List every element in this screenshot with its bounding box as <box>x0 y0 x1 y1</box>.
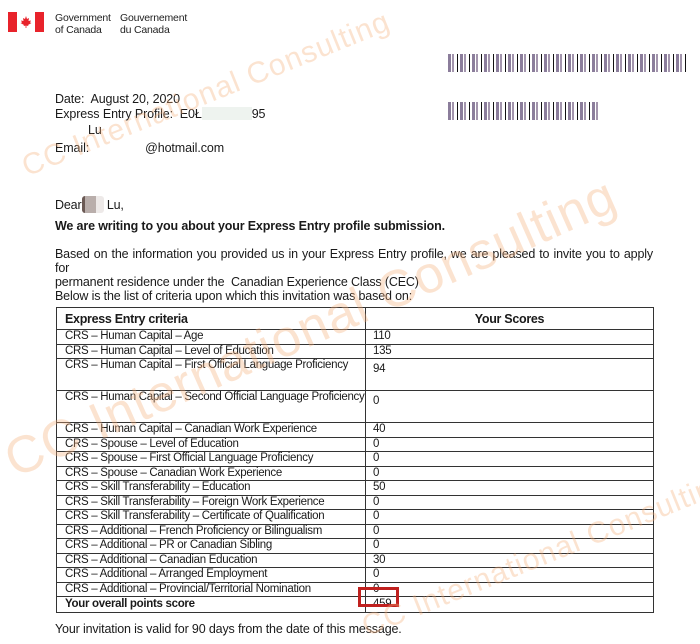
profile-label: Express Entry Profile: <box>55 107 173 121</box>
profile-number-suffix: 95 <box>252 107 266 121</box>
table-row: CRS – Skill Transferability – Foreign Wo… <box>57 495 654 510</box>
table-row: CRS – Human Capital – First Official Lan… <box>57 359 654 391</box>
total-label: Your overall points score <box>57 597 366 613</box>
score-cell: 40 <box>366 423 654 438</box>
profile-line: Express Entry Profile: E0Ł95 <box>55 107 265 122</box>
body-line-1: Based on the information you provided us… <box>55 247 653 275</box>
canada-flag-icon <box>8 12 44 32</box>
criteria-cell: CRS – Additional – Arranged Employment <box>57 568 366 583</box>
table-row: CRS – Additional – Canadian Education30 <box>57 553 654 568</box>
body-line-3: Below is the list of criteria upon which… <box>55 289 653 303</box>
criteria-cell: CRS – Additional – Canadian Education <box>57 553 366 568</box>
table-row: CRS – Spouse – First Official Language P… <box>57 452 654 467</box>
body-paragraph: Based on the information you provided us… <box>55 247 653 303</box>
table-row: CRS – Additional – Arranged Employment0 <box>57 568 654 583</box>
email-label: Email: <box>55 141 89 155</box>
criteria-cell: CRS – Spouse – Level of Education <box>57 437 366 452</box>
table-row: CRS – Additional – Provincial/Territoria… <box>57 582 654 597</box>
criteria-cell: CRS – Spouse – Canadian Work Experience <box>57 466 366 481</box>
table-row: CRS – Skill Transferability – Education5… <box>57 481 654 496</box>
criteria-cell: CRS – Human Capital – Second Official La… <box>57 391 366 423</box>
score-cell: 135 <box>366 344 654 359</box>
table-row: CRS – Additional – PR or Canadian Siblin… <box>57 539 654 554</box>
redacted-name <box>82 196 104 213</box>
score-cell: 0 <box>366 495 654 510</box>
criteria-cell: CRS – Skill Transferability – Certificat… <box>57 510 366 525</box>
table-row: CRS – Human Capital – Second Official La… <box>57 391 654 423</box>
redacted-block <box>202 107 252 120</box>
criteria-cell: CRS – Additional – PR or Canadian Siblin… <box>57 539 366 554</box>
table-row: CRS – Skill Transferability – Certificat… <box>57 510 654 525</box>
email-line: Email:@hotmail.com <box>55 141 224 156</box>
table-row: CRS – Human Capital – Age110 <box>57 330 654 345</box>
gov-en-line2: of Canada <box>55 24 111 36</box>
criteria-cell: CRS – Additional – French Proficiency or… <box>57 524 366 539</box>
name-line: Lu <box>88 123 102 138</box>
score-cell: 0 <box>366 524 654 539</box>
criteria-cell: CRS – Skill Transferability – Foreign Wo… <box>57 495 366 510</box>
score-cell: 30 <box>366 553 654 568</box>
criteria-cell: CRS – Human Capital – Level of Education <box>57 344 366 359</box>
header-scores: Your Scores <box>366 308 654 330</box>
total-row: Your overall points score459 <box>57 597 654 613</box>
intro-heading: We are writing to you about your Express… <box>55 219 653 233</box>
score-cell: 0 <box>366 452 654 467</box>
score-cell: 0 <box>366 539 654 554</box>
criteria-cell: CRS – Spouse – First Official Language P… <box>57 452 366 467</box>
criteria-cell: CRS – Skill Transferability – Education <box>57 481 366 496</box>
salutation-prefix: Dear <box>55 198 82 212</box>
government-of-canada-wordmark: Government of Canada <box>55 12 111 36</box>
score-cell: 0 <box>366 391 654 423</box>
table-row: CRS – Human Capital – Canadian Work Expe… <box>57 423 654 438</box>
score-cell: 0 <box>366 437 654 452</box>
score-cell: 0 <box>366 510 654 525</box>
gov-fr-line1: Gouvernement <box>120 12 187 24</box>
criteria-cell: CRS – Human Capital – Canadian Work Expe… <box>57 423 366 438</box>
gov-fr-line2: du Canada <box>120 24 187 36</box>
email-value: @hotmail.com <box>145 141 224 155</box>
score-cell: 94 <box>366 359 654 391</box>
date-label: Date: <box>55 92 84 106</box>
score-cell: 0 <box>366 582 654 597</box>
gouvernement-du-canada-wordmark: Gouvernement du Canada <box>120 12 187 36</box>
score-cell: 0 <box>366 568 654 583</box>
salutation: Dear Lu, <box>55 196 653 213</box>
table-row: CRS – Additional – French Proficiency or… <box>57 524 654 539</box>
score-cell: 50 <box>366 481 654 496</box>
barcode <box>448 102 598 120</box>
body-line-2: permanent residence under the Canadian E… <box>55 275 653 289</box>
total-score: 459 <box>366 597 654 613</box>
table-row: CRS – Spouse – Level of Education0 <box>57 437 654 452</box>
header-criteria: Express Entry criteria <box>57 308 366 330</box>
salutation-name: Lu, <box>107 198 124 212</box>
crs-score-table: Express Entry criteria Your Scores CRS –… <box>56 307 654 613</box>
profile-number-prefix: E0Ł <box>180 107 202 121</box>
table-row: CRS – Spouse – Canadian Work Experience0 <box>57 466 654 481</box>
score-cell: 110 <box>366 330 654 345</box>
barcode <box>448 54 690 72</box>
criteria-cell: CRS – Human Capital – First Official Lan… <box>57 359 366 391</box>
gov-en-line1: Government <box>55 12 111 24</box>
score-cell: 0 <box>366 466 654 481</box>
date-value: August 20, 2020 <box>90 92 180 106</box>
date-line: Date: August 20, 2020 <box>55 92 180 107</box>
validity-note: Your invitation is valid for 90 days fro… <box>55 622 402 636</box>
criteria-cell: CRS – Additional – Provincial/Territoria… <box>57 582 366 597</box>
total-score-highlight <box>358 587 399 607</box>
criteria-cell: CRS – Human Capital – Age <box>57 330 366 345</box>
table-row: CRS – Human Capital – Level of Education… <box>57 344 654 359</box>
